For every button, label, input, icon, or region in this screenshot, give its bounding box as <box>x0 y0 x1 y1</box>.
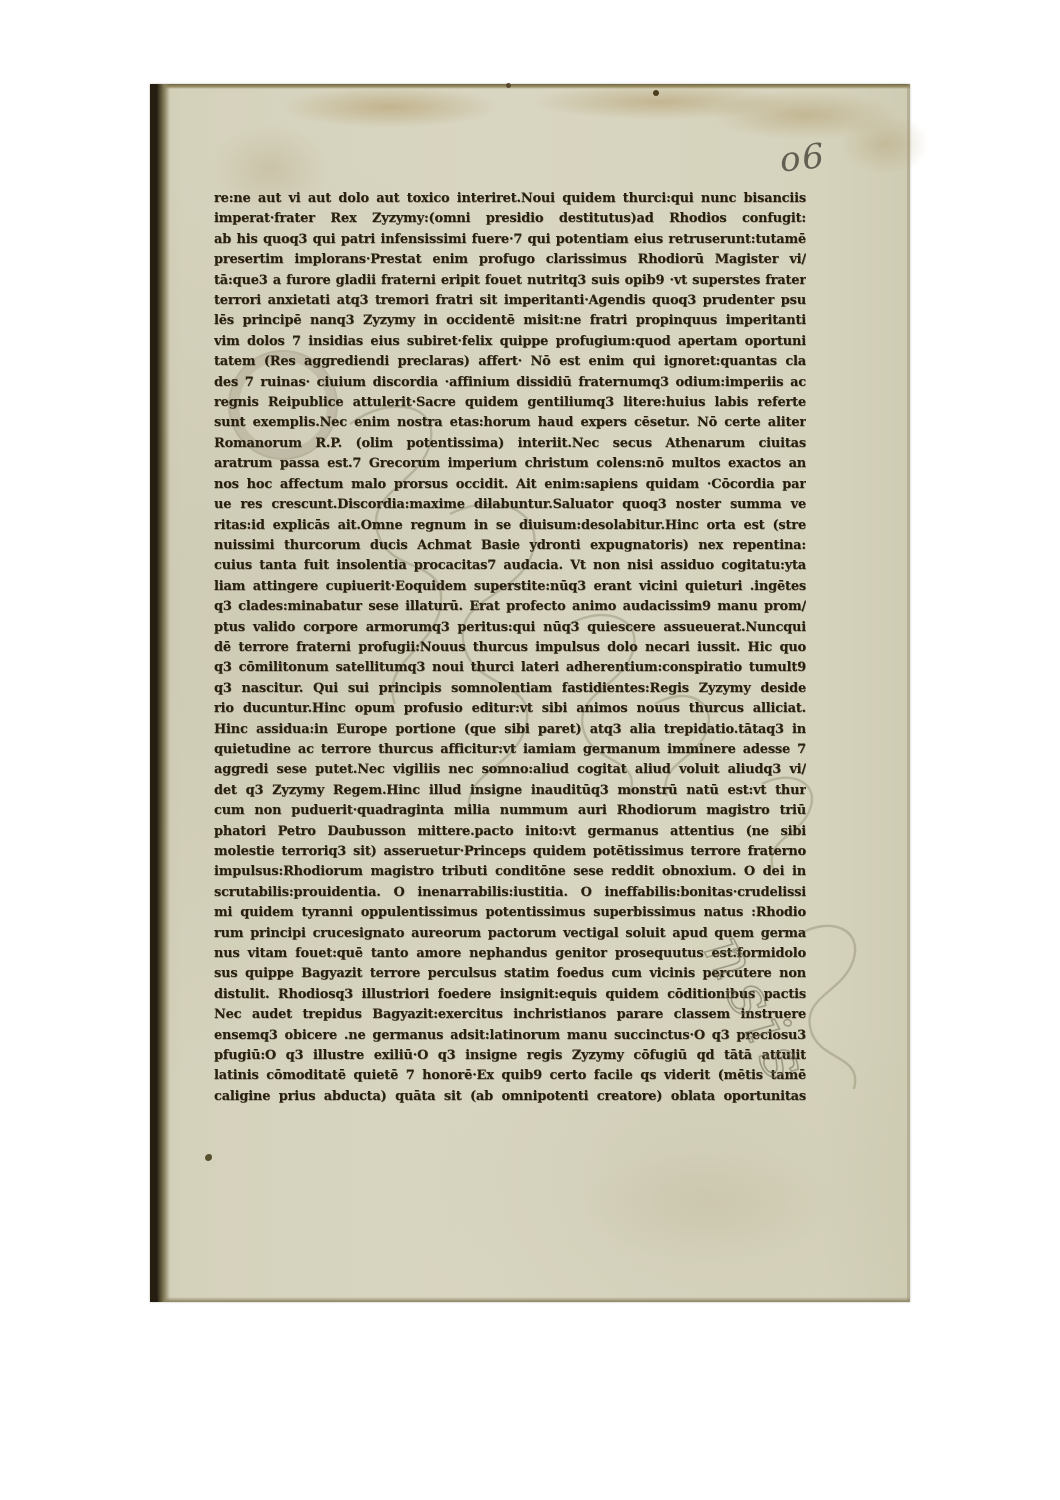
text-line: Hinc assidua:in Europe portione (que sib… <box>214 720 806 740</box>
text-line: tatem (Res aggrediendi preclaras) affert… <box>214 352 806 372</box>
text-line: ensemq3 obicere .ne germanus adsit:latin… <box>214 1026 806 1046</box>
paper-stain <box>580 1144 840 1264</box>
paper-stain <box>280 86 500 128</box>
text-line: vim dolos 7 insidias eius subiret·felix … <box>214 332 806 352</box>
text-line: caligine prius abducta) quāta sit (ab om… <box>214 1087 806 1107</box>
text-line: q3 cōmilitonum satellitumq3 noui thurci … <box>214 658 806 678</box>
text-line: ab his quoq3 qui patri infensissimi fuer… <box>214 230 806 250</box>
text-line: nuissimi thurcorum ducis Achmat Basie yd… <box>214 536 806 556</box>
text-line: pfugiū:O q3 illustre exiliū·O q3 insigne… <box>214 1046 806 1066</box>
text-line: imperat·frater Rex Zyzymy:(omni presidio… <box>214 209 806 229</box>
page-bottom-edge <box>150 1297 910 1302</box>
book-page: o6 re:ne aut vi aut dolo aut toxico inte… <box>150 84 910 1302</box>
text-line: cum non puduerit·quadraginta milia nummu… <box>214 801 806 821</box>
text-line: ptus valido corpore armorumq3 peritus:qu… <box>214 618 806 638</box>
text-line: q3 clades:minabatur sese illaturū. Erat … <box>214 597 806 617</box>
page-top-edge <box>150 84 910 89</box>
ink-speck <box>653 90 659 96</box>
text-line: Romanorum R.P. (olim potentissima) inter… <box>214 434 806 454</box>
text-line: quietudine ac terrore thurcus afficitur:… <box>214 740 806 760</box>
text-line: dē terrore fraterni profugii:Nouus thurc… <box>214 638 806 658</box>
text-line: aggredi sese putet.Nec vigiliis nec somn… <box>214 760 806 780</box>
text-line: phatori Petro Daubusson mittere.pacto in… <box>214 822 806 842</box>
text-line: ritas:id explicās ait.Omne regnum in se … <box>214 516 806 536</box>
paper-stain <box>710 90 900 140</box>
text-line: impulsus:Rhodiorum magistro tributi cond… <box>214 862 806 882</box>
page-right-edge <box>907 84 910 1302</box>
text-line: regnis Reipublice attulerit·Sacre quidem… <box>214 393 806 413</box>
text-line: des 7 ruinas· ciuium discordia ·affinium… <box>214 373 806 393</box>
text-line: aratrum passa est.7 Grecorum imperium ch… <box>214 454 806 474</box>
text-line: latinis cōmoditatē quietē 7 honorē·Ex qu… <box>214 1066 806 1086</box>
text-line: molestie terroriq3 sit) asseruetur·Princ… <box>214 842 806 862</box>
text-line: re:ne aut vi aut dolo aut toxico interir… <box>214 189 806 209</box>
text-line: sunt exemplis.Nec enim nostra etas:horum… <box>214 413 806 433</box>
text-line: scrutabilis:prouidentia. O inenarrabilis… <box>214 883 806 903</box>
text-line: rio ducuntur.Hinc opum profusio editur:v… <box>214 699 806 719</box>
text-line: cuius tanta fuit insolentia procacitas7 … <box>214 556 806 576</box>
text-line: mi quidem tyranni oppulentissimus potent… <box>214 903 806 923</box>
ink-speck <box>506 83 511 88</box>
binding-gutter <box>150 84 170 1302</box>
ink-speck <box>205 1154 212 1161</box>
text-line: nos hoc affectum malo prorsus occidit. A… <box>214 475 806 495</box>
text-line: presertim implorans·Prestat enim profugo… <box>214 250 806 270</box>
text-line: ue res crescunt.Discordia:maxime dilabun… <box>214 495 806 515</box>
text-line: q3 nascitur. Qui sui principis somnolent… <box>214 679 806 699</box>
text-line: lēs principē nanq3 Zyzymy in occidentē m… <box>214 311 806 331</box>
text-line: liam attingere cupiuerit·Eoquidem supers… <box>214 577 806 597</box>
paper-stain <box>530 84 790 120</box>
text-line: terrori anxietati atq3 tremori fratri si… <box>214 291 806 311</box>
text-line: tā:que3 a furore gladii fraterni eripit … <box>214 271 806 291</box>
text-line: det q3 Zyzymy Regem.Hinc illud insigne i… <box>214 781 806 801</box>
folio-mark-handwritten: o6 <box>778 131 872 186</box>
